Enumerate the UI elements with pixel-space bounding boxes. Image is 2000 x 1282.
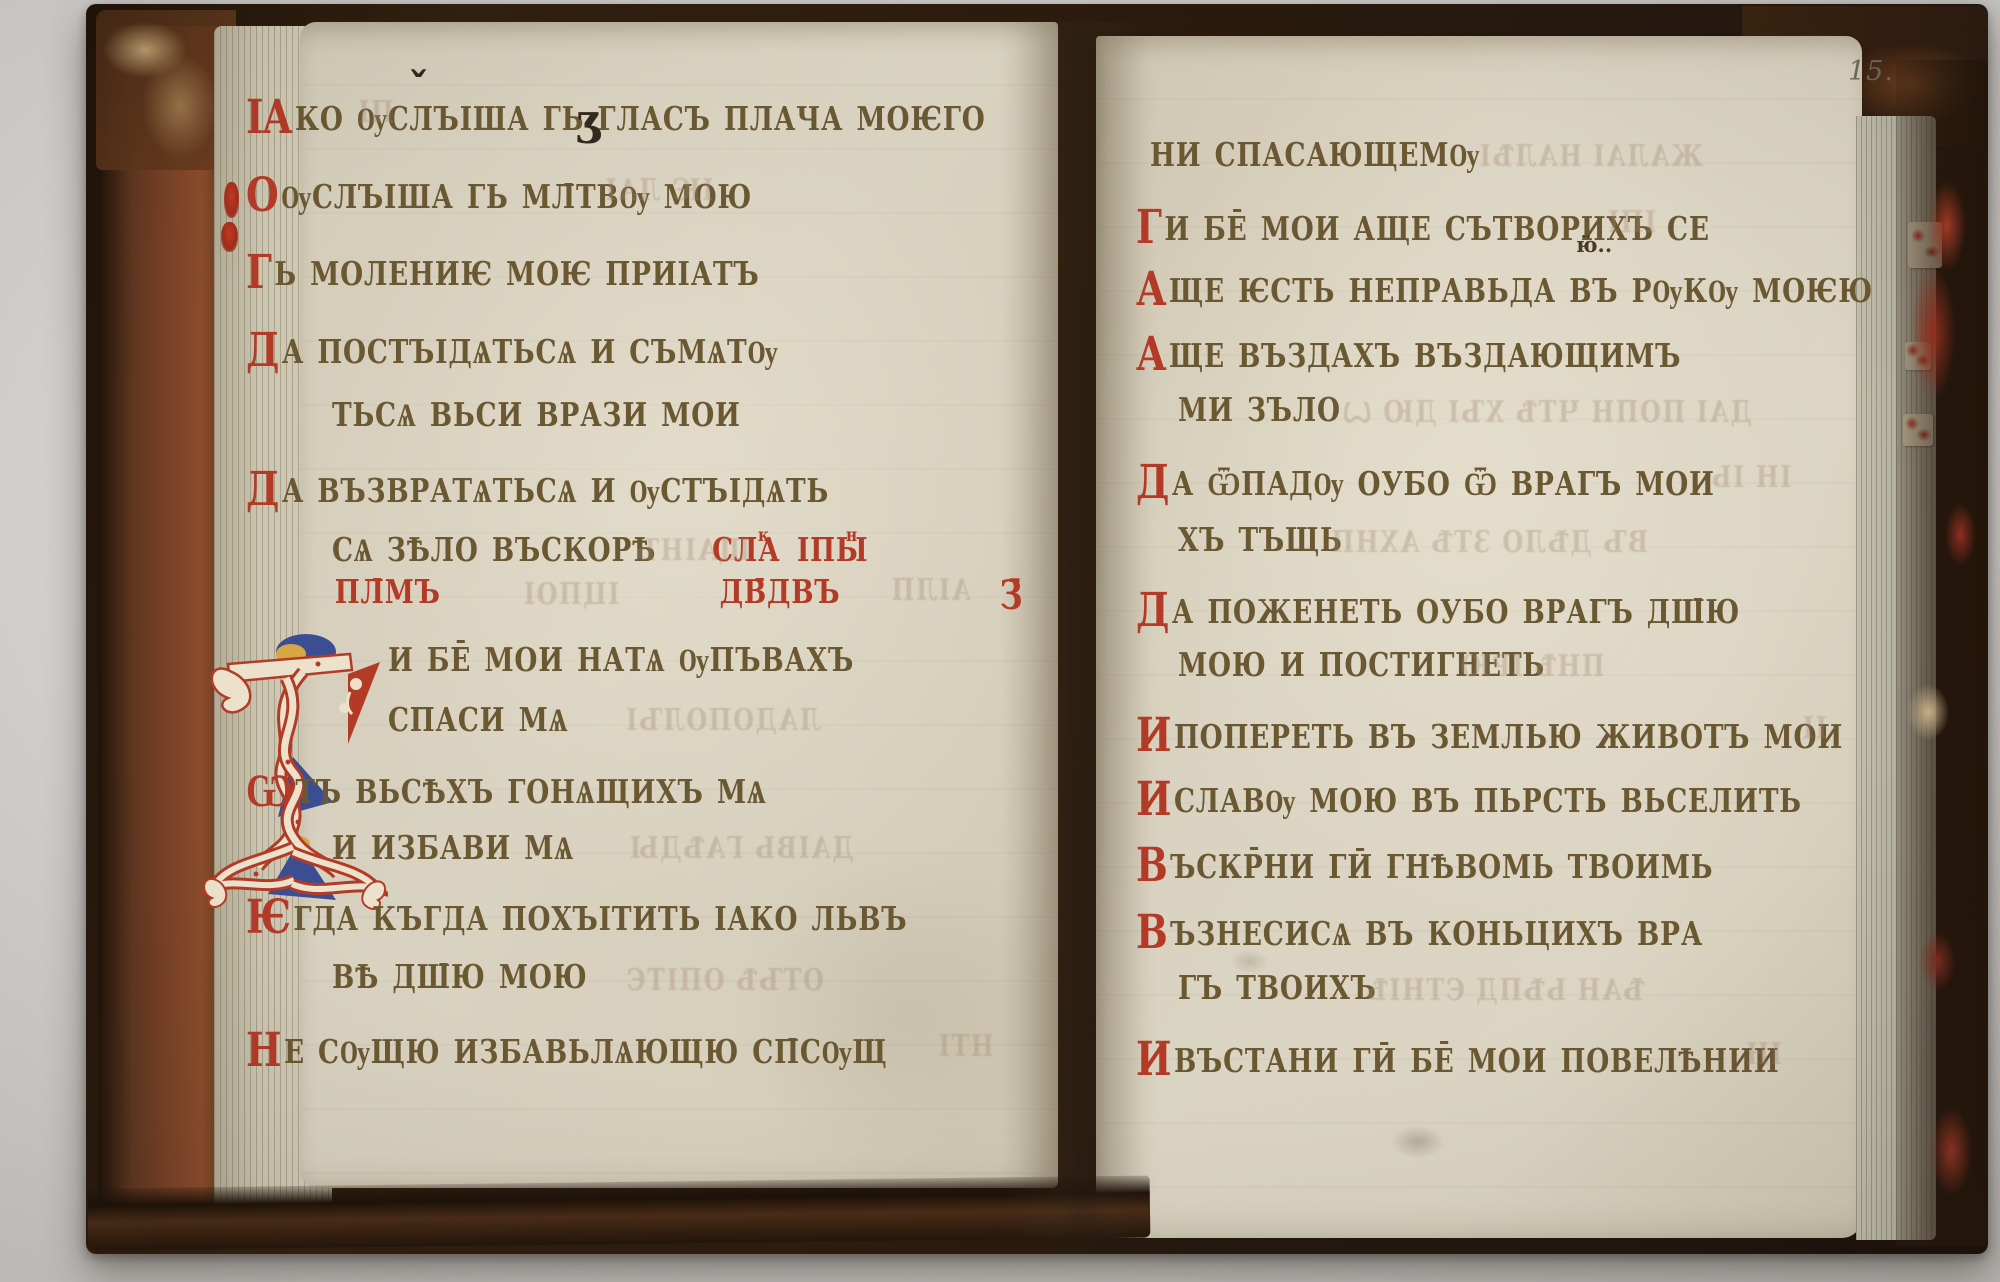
- text-line: ѤГДА КЪГДА ПОХЪІТИТЬ ІАКО ЛЬВЪ: [246, 892, 907, 944]
- text-line: АЩЕ ѤСТЬ НЕПРАВЬДА ВЪ РѸКѸ МОѤЮ: [1136, 264, 1873, 316]
- text-line: ГЪ ТВОИХЪ: [1178, 970, 1377, 1006]
- text-line: ДА ѾПАДѸ ОУБО Ѿ ВРАГЪ МОИ: [1136, 457, 1715, 509]
- rubric-initial: Ѡ: [246, 763, 291, 818]
- show-through-text: ІН: [1745, 1040, 1782, 1070]
- show-through-text: ЖАЛАІ НАЛѢІ: [1478, 142, 1703, 172]
- rubric-initial: А: [1136, 327, 1165, 382]
- line-text: А ПОЖЕНЕТЬ ОУБО ВРАГЪ ДШ̄Ю: [1172, 592, 1740, 631]
- rubric-initial: Д: [246, 323, 278, 378]
- line-text: А ѾПАДѸ ОУБО Ѿ ВРАГЪ МОИ: [1172, 464, 1715, 503]
- line-text: ЪСКР̄НИ ГӢ ГНѢВОМЬ ТВОИМЬ: [1170, 847, 1713, 886]
- show-through-text: АІЛП: [890, 576, 971, 606]
- rubric-initial: Н: [246, 1023, 280, 1078]
- text-line: ИВЪСТАНИ ГӢ БЕ̄ МОИ ПОВЕЛѢНИИ: [1136, 1034, 1780, 1086]
- line-text: КО ѸСЛЪІША ГЬ ГЛАСЪ ПЛАЧА МОѤГО: [295, 99, 986, 138]
- heading-word-psalm: ПЛ̄МЪ: [335, 574, 441, 610]
- line-text: А ПОСТЪІДѦТЬСѦ И СЪМѦТѸ: [282, 332, 779, 371]
- line-text: СѦ ЗѢЛО ВЪСКОРѢ: [332, 530, 656, 569]
- show-through-text: ДАІ ПОПН ЧТѢ ХЪІ ДЮ Ꙍ: [1341, 398, 1752, 428]
- line-text: И ИЗБАВИ МѦ: [332, 828, 574, 867]
- text-line: СПАСИ МѦ: [388, 702, 568, 738]
- line-text: ПОПЕРЕТЬ ВЪ ЗЕМЛЬЮ ЖИВОТЪ МОИ: [1174, 717, 1843, 756]
- line-text: Е СѸЩЮ ИЗБАВЬЛѦЮЩЮ СП̄СѸЩ: [284, 1032, 888, 1071]
- line-text: СЛАВѸ МОЮ ВЪ ПЬРСТЬ ВЬСЕЛИТЬ: [1174, 781, 1802, 820]
- show-through-text: ІН ІЬ: [1710, 463, 1791, 493]
- rubric-initial: В: [1136, 905, 1166, 960]
- superscript-letter: к: [758, 524, 770, 546]
- line-text: СПАСИ МѦ: [388, 700, 568, 739]
- marginal-gloss: ю̈..: [1576, 234, 1612, 255]
- red-fore-edge-paint: [221, 222, 238, 252]
- line-text: А ВЪЗВРАТѦТЬСѦ И ѸСТЪІДѦТЬ: [282, 471, 829, 510]
- text-line: ДА ВЪЗВРАТѦТЬСѦ И ѸСТЪІДѦТЬ: [246, 464, 829, 516]
- line-text: ЩЕ ѤСТЬ НЕПРАВЬДА ВЪ РѸКѸ МОѤЮ: [1169, 271, 1873, 310]
- text-line: ИПОПЕРЕТЬ ВЪ ЗЕМЛЬЮ ЖИВОТЪ МОИ: [1136, 710, 1843, 762]
- folio-number: 15.: [1848, 58, 1894, 85]
- red-fore-edge-paint: [224, 182, 239, 218]
- text-line: И ИЗБАВИ МѦ: [332, 830, 574, 866]
- show-through-text: ЛАДОПОЛЪІ: [625, 706, 821, 736]
- text-line: ВѢ ДШ̄Ю МОЮ: [332, 959, 587, 995]
- line-text: ГЪ ТВОИХЪ: [1178, 968, 1377, 1007]
- show-through-text: ІПІ: [1606, 208, 1656, 238]
- show-through-text: ДАІВЬ ГАѢДЫ: [628, 834, 854, 864]
- heading-word-david: ДВ̄ДВЪ: [720, 574, 841, 610]
- right-cover-leather: [1896, 60, 1988, 1246]
- line-text: И БЕ̄ МОИ НАТѦ ѸПЪВАХЪ: [388, 640, 854, 679]
- line-text: ХЪ ТЪЩЬ: [1178, 520, 1343, 559]
- text-line: ДА ПОЖЕНЕТЬ ОУБО ВРАГЪ ДШ̄Ю: [1136, 585, 1740, 637]
- line-text: ТЪ ВЬСѢХЪ ГОНѦЩИХЪ МѦ: [295, 772, 766, 811]
- text-line: ДА ПОСТЪІДѦТЬСѦ И СЪМѦТѸ: [246, 325, 778, 377]
- text-line: ѠТЪ ВЬСѢХЪ ГОНѦЩИХЪ МѦ: [246, 765, 767, 817]
- rubric-initial: ІА: [246, 90, 291, 145]
- rubric-initial: В: [1136, 838, 1166, 893]
- superscript-letter: н: [846, 524, 858, 546]
- show-through-text: НТІ: [937, 1032, 994, 1062]
- text-line: ВЪЗНЕСИСѦ ВЪ КОНЬЦИХЪ ВРА: [1136, 907, 1703, 959]
- text-line: ГЬ МОЛЕНИѤ МОѤ ПРИІАТЪ: [246, 247, 760, 299]
- show-through-text: ІѤ ЛАІ: [604, 176, 714, 206]
- text-line: ИСЛАВѸ МОЮ ВЪ ПЬРСТЬ ВЬСЕЛИТЬ: [1136, 774, 1802, 826]
- show-through-text: ѢАН ЬѢПД ЄТНІѢ: [1365, 976, 1644, 1006]
- rubric-initial: Г: [1136, 200, 1160, 255]
- rubric-initial: Ѥ: [246, 890, 289, 945]
- show-through-text: ЩАІНЪ: [634, 536, 749, 566]
- bottom-cover-edge: [88, 1176, 1151, 1251]
- text-line: НЕ СѸЩЮ ИЗБАВЬЛѦЮЩЮ СП̄СѸЩ: [246, 1025, 887, 1077]
- text-line: МИ ЗЪЛО: [1178, 392, 1341, 428]
- text-line: И БЕ̄ МОИ НАТѦ ѸПЪВАХЪ: [388, 642, 854, 678]
- slava-rubric: ІПЫ: [797, 530, 868, 569]
- rubric-initial: Д: [1136, 455, 1168, 510]
- rubric-initial: И: [1136, 772, 1170, 827]
- text-line: ВЪСКР̄НИ ГӢ ГНѢВОМЬ ТВОИМЬ: [1136, 840, 1713, 892]
- line-text: МИ ЗЪЛО: [1178, 390, 1341, 429]
- line-text: ВѢ ДШ̄Ю МОЮ: [332, 957, 587, 996]
- show-through-text: ПНѢ ІРЮ: [1458, 652, 1604, 682]
- show-through-text: ОТЪѢ ОПІТЄ: [625, 966, 824, 996]
- text-line: ТЬСѦ ВЬСИ ВРАЗИ МОИ: [332, 397, 741, 433]
- rubric-initial: И: [1136, 1032, 1170, 1087]
- rubric-initial: И: [1136, 708, 1170, 763]
- text-line: ХЪ ТЪЩЬ: [1178, 522, 1343, 558]
- text-line: АЩЕ ВЪЗДАХЪ ВЪЗДАЮЩИМЪ: [1136, 329, 1681, 381]
- line-text: ЪЗНЕСИСѦ ВЪ КОНЬЦИХЪ ВРА: [1170, 914, 1703, 953]
- breve-mark: ˇ: [408, 64, 429, 113]
- show-through-text: ІІ: [1801, 714, 1827, 744]
- text-line: НИ СПАСАЮЩЕМѸ: [1150, 137, 1480, 173]
- line-text: ЩЕ ВЪЗДАХЪ ВЪЗДАЮЩИМЪ: [1169, 336, 1681, 375]
- line-text: Ь МОЛЕНИѤ МОѤ ПРИІАТЪ: [274, 254, 759, 293]
- photo-of-open-manuscript: ІАКО ѸСЛЪІША ГЬ ГЛАСЪ ПЛАЧА МОѤГО ОѸСЛЪІ…: [0, 0, 2000, 1282]
- show-through-text: ІЦПОІ: [522, 580, 619, 610]
- line-text: ВЪСТАНИ ГӢ БЕ̄ МОИ ПОВЕЛѢНИИ: [1174, 1041, 1780, 1080]
- rubric-initial: Д: [246, 462, 278, 517]
- show-through-text: ПІ: [357, 98, 394, 128]
- rubric-initial: О: [246, 168, 277, 223]
- line-text: ГДА КЪГДА ПОХЪІТИТЬ ІАКО ЛЬВЪ: [293, 899, 907, 938]
- rubric-initial: А: [1136, 262, 1165, 317]
- rubric-initial: Д: [1136, 583, 1168, 638]
- show-through-text: ВЪ ДѢЛО ЗТѢ АХНП: [1330, 528, 1648, 558]
- text-line: СѦ ЗѢЛО ВЪСКОРѢСЛАкІПЫн: [332, 532, 858, 568]
- line-text: ТЬСѦ ВЬСИ ВРАЗИ МОИ: [332, 395, 741, 434]
- heading-psalm-number: З̄: [1000, 574, 1024, 618]
- rubric-initial: Г: [246, 245, 270, 300]
- line-text: НИ СПАСАЮЩЕМѸ: [1150, 135, 1480, 174]
- zelo-correction-letter: Ӡ: [576, 104, 604, 153]
